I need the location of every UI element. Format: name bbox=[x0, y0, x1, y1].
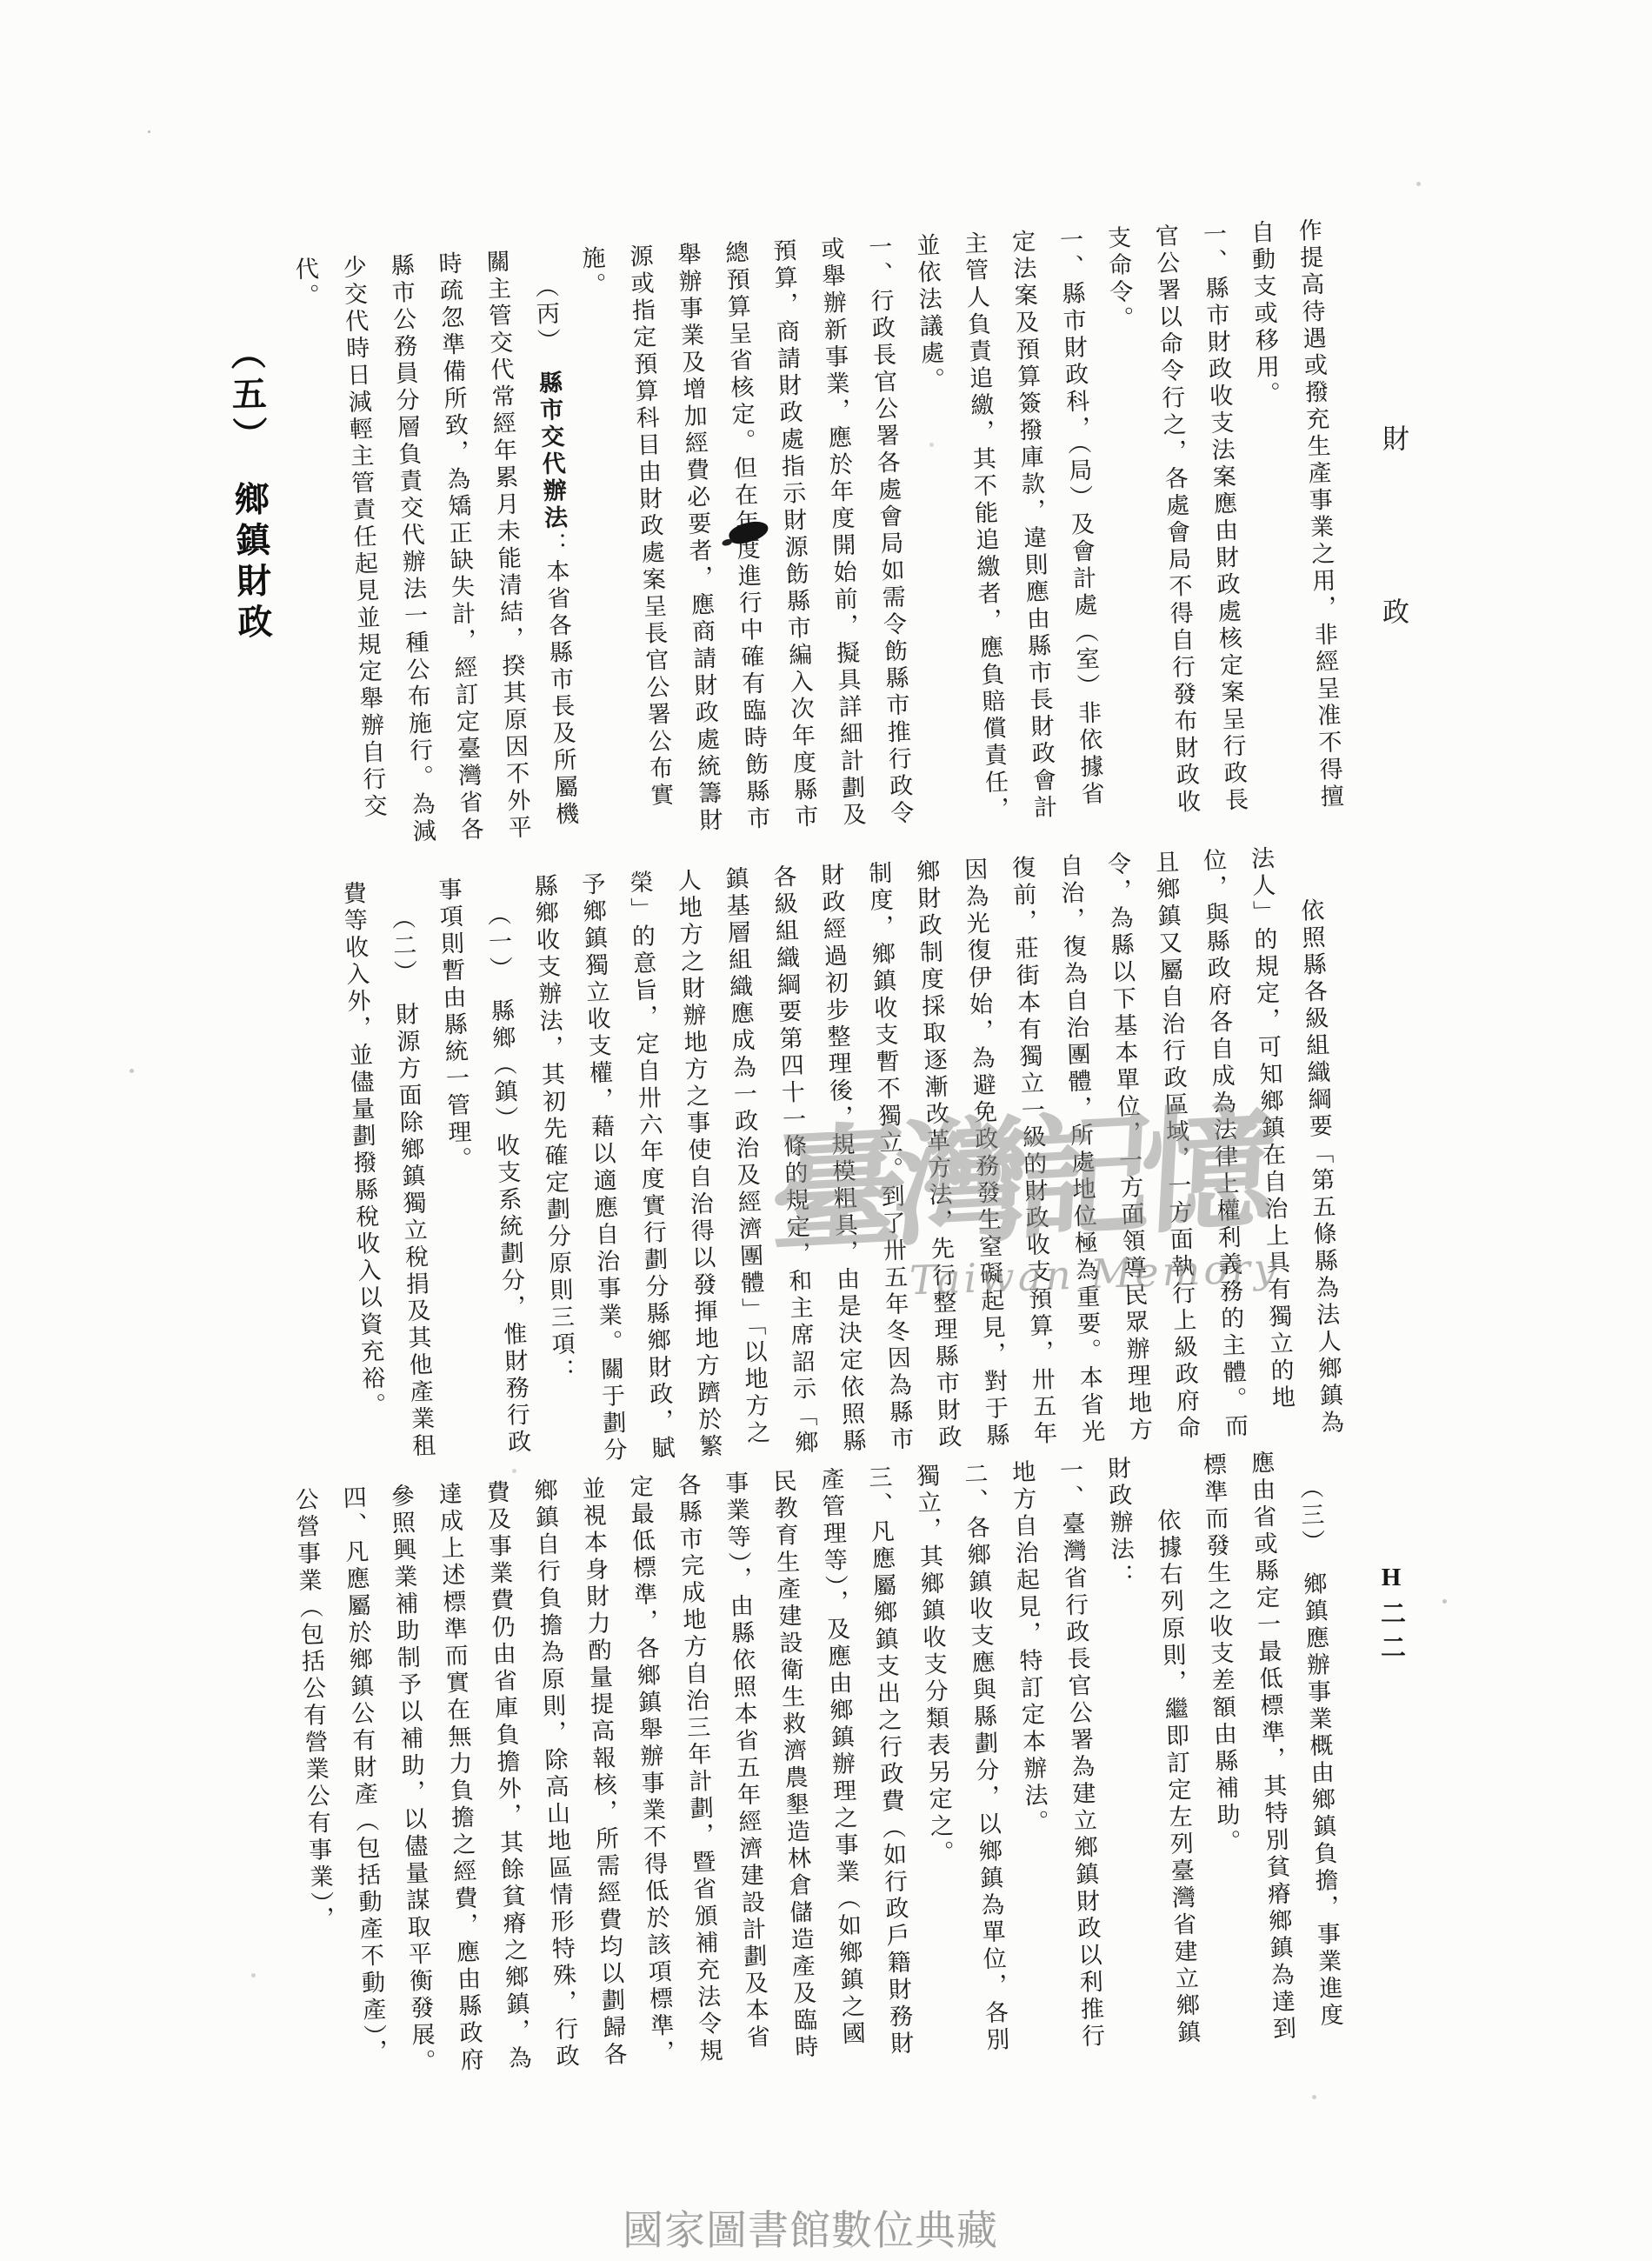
page-number: H二二 bbox=[1374, 1564, 1409, 1668]
text-band-top: 作提高待遇或撥充生產事業之用，非經呈准不得擅自動支或移用。一、縣市財政收支法案應… bbox=[176, 217, 1354, 857]
text-band-bottom: （三） 鄉鎮應辦事業概由鄉鎮負擔，事業進度應由省或縣定一最低標準，其特別貧瘠鄉鎮… bbox=[176, 1448, 1354, 2088]
paper-speckles bbox=[148, 130, 150, 133]
running-title: 財政 bbox=[1374, 424, 1413, 770]
footer-caption: 國家圖書館數位典藏 bbox=[623, 2198, 998, 2257]
paragraph: 三、凡應屬鄉鎮支出之行政費（如行政戶籍財務財產管理等），及應由鄉鎮辦理之事業（如… bbox=[376, 1464, 924, 2080]
section-heading: （五） 鄉鎮財政 bbox=[220, 334, 277, 644]
paragraph: 依照縣各級組織綱要「第五條縣為法人鄉鎮為法人」的規定，可知鄉鎮在自治上具有獨立的… bbox=[519, 844, 1355, 1470]
paragraph: （三） 鄉鎮應辦事業概由鄉鎮負擔，事業進度應由省或縣定一最低標準，其特別貧瘠鄉鎮… bbox=[1188, 1448, 1354, 2049]
paragraph: 一、縣市財政科，（局）及會計處（室）非依據省定法案及預算簽撥庫款，違則應由縣市長… bbox=[902, 226, 1116, 829]
paragraph: 一、縣市財政收支法案應由財政處核定案呈行政長官公署以命令行之，各處會局不得自行發… bbox=[1093, 221, 1259, 822]
text-band-middle: 依照縣各級組織綱要「第五條縣為法人鄉鎮為法人」的規定，可知鄉鎮在自治上具有獨立的… bbox=[176, 844, 1354, 1484]
scanned-page: 作提高待遇或撥充生產事業之用，非經呈准不得擅自動支或移用。一、縣市財政收支法案應… bbox=[0, 0, 1652, 2261]
paragraph: （丙） 縣市交代辦法：本省各縣市長及所屬機關主管交代常經年累月未能清結，揆其原因… bbox=[280, 247, 590, 853]
